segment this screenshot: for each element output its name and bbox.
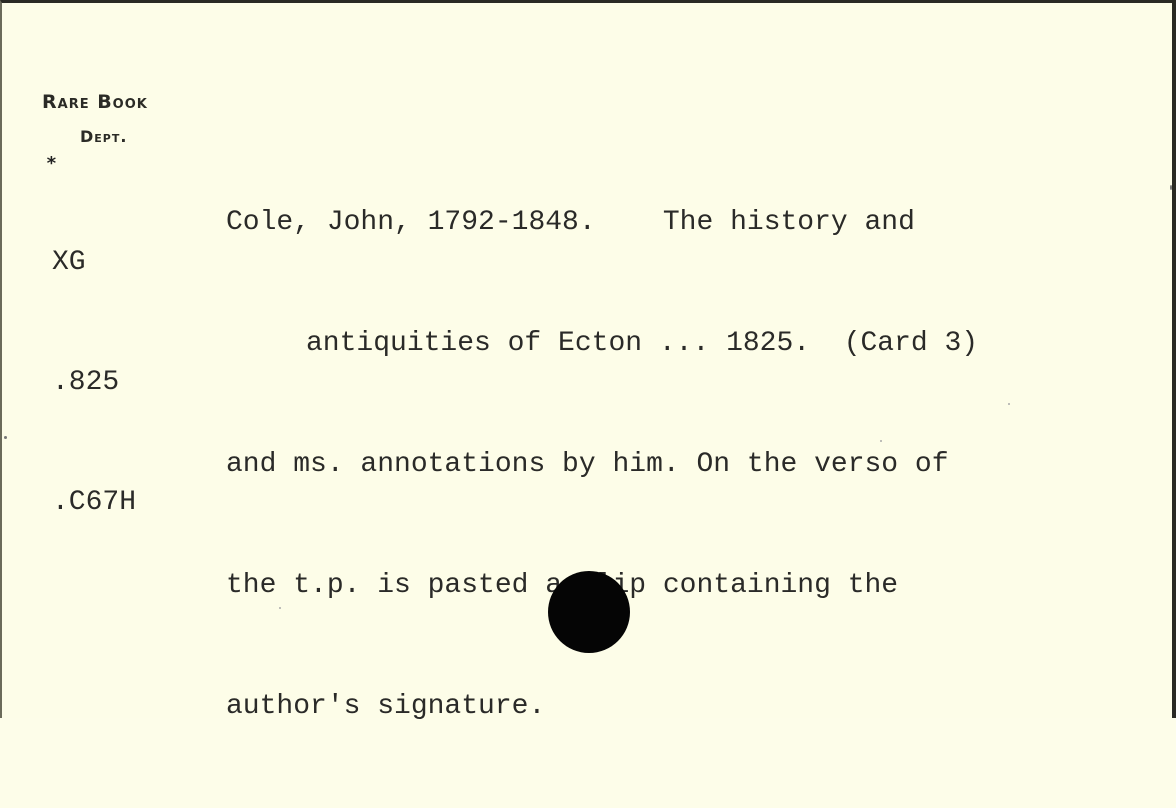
department-stamp-line2: Dept.	[80, 127, 127, 146]
call-number-cutter: .C67H	[52, 483, 136, 523]
call-number: XG .825 .C67H	[52, 163, 136, 603]
note-line: author's signature.	[226, 687, 978, 718]
punch-hole	[548, 571, 630, 653]
note-line: and ms. annotations by him. On the verso…	[226, 445, 978, 486]
department-stamp-line1: Rare Book	[42, 91, 148, 113]
call-number-subclass: .825	[52, 363, 136, 403]
paper-speck	[1008, 403, 1010, 405]
paper-speck	[4, 436, 7, 439]
catalog-card: Rare Book Dept. * XG .825 .C67H Cole, Jo…	[0, 0, 1176, 718]
paper-speck	[1170, 185, 1172, 190]
title-line: antiquities of Ecton ... 1825. (Card 3)	[226, 324, 978, 365]
call-number-class: XG	[52, 243, 136, 283]
paper-speck	[279, 607, 281, 609]
paper-speck	[880, 440, 882, 442]
author-heading: Cole, John, 1792-1848. The history and	[226, 203, 978, 244]
